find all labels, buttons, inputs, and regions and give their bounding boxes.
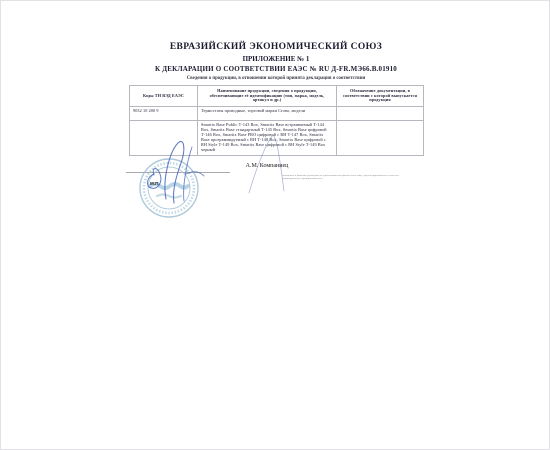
documentation-cell xyxy=(337,107,424,121)
document-page: ЕВРАЗИЙСКИЙ ЭКОНОМИЧЕСКИЙ СОЮЗ ПРИЛОЖЕНИ… xyxy=(0,0,550,450)
document-subtitle: Сведения о продукции, в отношении которо… xyxy=(1,76,550,81)
document-header: ЕВРАЗИЙСКИЙ ЭКОНОМИЧЕСКИЙ СОЮЗ ПРИЛОЖЕНИ… xyxy=(1,42,550,81)
table-row: 9032 10 200 9 Термостаты проводные, торг… xyxy=(130,107,424,121)
appendix-title: ПРИЛОЖЕНИЕ № 1 xyxy=(1,55,550,63)
declaration-number-title: К ДЕКЛАРАЦИИ О СООТВЕТСТВИИ ЕАЭС № RU Д-… xyxy=(1,65,550,73)
col-header-product-name: Наименование продукции, сведения о проду… xyxy=(198,86,337,107)
product-description-cell: Термостаты проводные, торговой марки Cro… xyxy=(198,107,337,121)
signatory-name: А.М. Компаниец xyxy=(235,163,299,169)
tnved-code-cell: 9032 10 200 9 xyxy=(130,107,198,121)
table-header-row: Коды ТН ВЭД ЕАЭС Наименование продукции,… xyxy=(130,86,424,107)
signature-stroke xyxy=(186,172,204,176)
col-header-tnved-codes: Коды ТН ВЭД ЕАЭС xyxy=(130,86,198,107)
col-header-documentation: Обозначение документации, в соответствии… xyxy=(337,86,424,107)
signatory-note: (инициалы и фамилия руководителя организ… xyxy=(282,174,400,181)
documentation-cell xyxy=(337,121,424,156)
union-title: ЕВРАЗИЙСКИЙ ЭКОНОМИЧЕСКИЙ СОЮЗ xyxy=(1,42,550,52)
signature-stroke xyxy=(165,141,184,203)
stamp-place-label: М.П. xyxy=(150,181,160,186)
signature-stroke xyxy=(184,147,192,201)
handwritten-signature xyxy=(126,129,296,209)
